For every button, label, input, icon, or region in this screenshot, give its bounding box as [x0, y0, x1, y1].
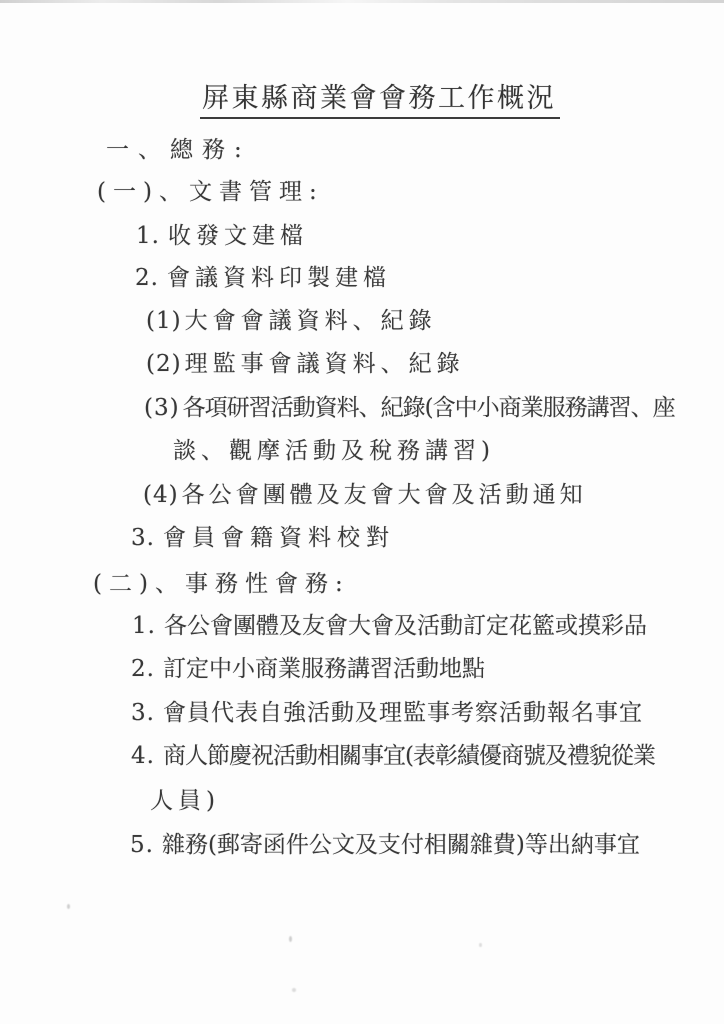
list-item: 1.收發文建檔 [136, 222, 308, 250]
list-item: 3.會員會籍資料校對 [131, 524, 395, 552]
item-marker: (3) [144, 394, 180, 422]
line-text: 理監事會議資料、紀錄 [185, 351, 465, 377]
line-text: 會員會籍資料校對 [163, 525, 395, 551]
item-marker: 2. [131, 655, 155, 683]
scan-speck [67, 904, 70, 909]
line-text: 各公會團體及友會大會及活動通知 [182, 482, 587, 508]
line-text: 談、觀摩活動及稅務講習) [173, 438, 495, 464]
item-marker: (4) [143, 481, 179, 509]
line-text: 一、總務: [106, 137, 251, 163]
scan-speck [479, 943, 482, 947]
list-item: 5.雜務(郵寄函件公文及支付相關雜費)等出納事宜 [130, 831, 640, 859]
line-text: 大會會議資料、紀錄 [185, 308, 437, 334]
line-text: (一)、文書管理: [97, 179, 324, 205]
list-item: (3)各項研習活動資料、紀錄(含中小商業服務講習、座 [144, 394, 675, 422]
list-item: 3.會員代表自強活動及理監事考察活動報名事宜 [131, 699, 643, 727]
item-marker: 1. [136, 222, 160, 250]
item-marker: 3. [131, 699, 155, 727]
list-item-continuation: 談、觀摩活動及稅務講習) [173, 437, 495, 465]
line-text: (二)、事務性會務: [93, 571, 350, 597]
line-text: 人員) [150, 788, 220, 814]
item-marker: (1) [146, 307, 182, 335]
document-title: 屏東縣商業會會務工作概況 [200, 84, 560, 119]
line-text: 訂定中小商業服務講習活動地點 [163, 656, 485, 682]
item-marker: 1. [132, 612, 156, 640]
list-item: 2.會議資料印製建檔 [135, 264, 391, 292]
list-item: 1.各公會團體及友會大會及活動訂定花籃或摸彩品 [132, 612, 647, 640]
scan-speck [292, 988, 296, 992]
scan-speck [289, 936, 292, 942]
scan-edge-artifact [0, 0, 724, 3]
subsection-heading: (一)、文書管理: [97, 178, 324, 206]
line-text: 各公會團體及友會大會及活動訂定花籃或摸彩品 [164, 613, 647, 639]
line-text: 收發文建檔 [168, 223, 308, 249]
list-item-continuation: 人員) [150, 787, 220, 815]
line-text: 雜務(郵寄函件公文及支付相關雜費)等出納事宜 [162, 832, 640, 858]
item-marker: 3. [131, 524, 155, 552]
list-item: (2)理監事會議資料、紀錄 [146, 350, 465, 378]
list-item: 2.訂定中小商業服務講習活動地點 [131, 655, 485, 683]
line-text: 各項研習活動資料、紀錄(含中小商業服務講習、座 [183, 395, 675, 421]
list-item: (4)各公會團體及友會大會及活動通知 [143, 481, 587, 509]
item-marker: 5. [130, 831, 154, 859]
list-item: 4.商人節慶祝活動相關事宜(表彰績優商號及禮貌從業 [131, 742, 655, 770]
line-text: 會議資料印製建檔 [167, 265, 391, 291]
section-heading: 一、總務: [106, 136, 251, 164]
item-marker: (2) [146, 350, 182, 378]
subsection-heading: (二)、事務性會務: [93, 570, 350, 598]
item-marker: 4. [131, 742, 155, 770]
line-text: 會員代表自強活動及理監事考察活動報名事宜 [163, 700, 643, 726]
line-text: 商人節慶祝活動相關事宜(表彰績優商號及禮貌從業 [163, 743, 655, 769]
list-item: (1)大會會議資料、紀錄 [146, 307, 437, 335]
item-marker: 2. [135, 264, 159, 292]
scanned-document-page: 屏東縣商業會會務工作概況 一、總務: (一)、文書管理: 1.收發文建檔 2.會… [0, 0, 724, 1024]
